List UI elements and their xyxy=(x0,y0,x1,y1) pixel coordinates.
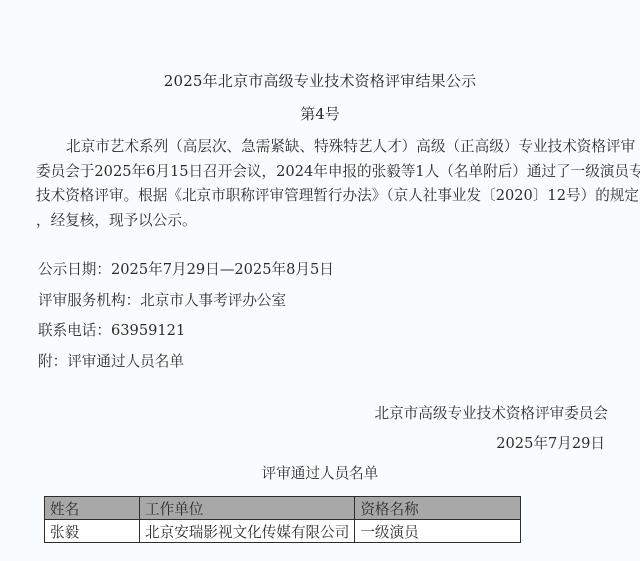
signature-organization: 北京市高级专业技术资格评审委员会 xyxy=(374,402,608,423)
body-paragraph: 北京市艺术系列（高层次、急需紧缺、特殊特艺人才）高级（正高级）专业技术资格评审 … xyxy=(36,135,608,233)
column-header-employer: 工作单位 xyxy=(140,497,355,520)
body-line: 北京市艺术系列（高层次、急需紧缺、特殊特艺人才）高级（正高级）专业技术资格评审 xyxy=(36,135,608,160)
body-line: ，经复核，现予以公示。 xyxy=(36,209,608,234)
table-row: 张毅 北京安瑞影视文化传媒有限公司 一级演员 xyxy=(45,520,521,543)
body-line: 技术资格评审。根据《北京市职称评审管理暂行办法》（京人社事业发〔2020〕12号… xyxy=(36,184,608,209)
cell-qualification: 一级演员 xyxy=(355,520,521,543)
signature-date: 2025年7月29日 xyxy=(496,432,605,453)
publicity-period: 公示日期：2025年7月29日—2025年8月5日 xyxy=(38,260,334,291)
document-title: 2025年北京市高级专业技术资格评审结果公示 xyxy=(0,70,640,91)
service-agency: 评审服务机构：北京市人事考评办公室 xyxy=(38,291,334,322)
cell-name: 张毅 xyxy=(45,520,140,543)
column-header-name: 姓名 xyxy=(45,497,140,520)
contact-phone: 联系电话：63959121 xyxy=(38,321,334,352)
attachment-note: 附：评审通过人员名单 xyxy=(38,352,334,383)
info-block: 公示日期：2025年7月29日—2025年8月5日 评审服务机构：北京市人事考评… xyxy=(38,260,334,382)
table-header-row: 姓名 工作单位 资格名称 xyxy=(45,497,521,520)
approved-personnel-table: 姓名 工作单位 资格名称 张毅 北京安瑞影视文化传媒有限公司 一级演员 xyxy=(44,496,521,543)
column-header-qualification: 资格名称 xyxy=(355,497,521,520)
list-title: 评审通过人员名单 xyxy=(0,462,640,483)
body-line: 委员会于2025年6月15日召开会议，2024年申报的张毅等1人（名单附后）通过… xyxy=(36,160,608,185)
cell-employer: 北京安瑞影视文化传媒有限公司 xyxy=(140,520,355,543)
document-number: 第4号 xyxy=(0,103,640,124)
